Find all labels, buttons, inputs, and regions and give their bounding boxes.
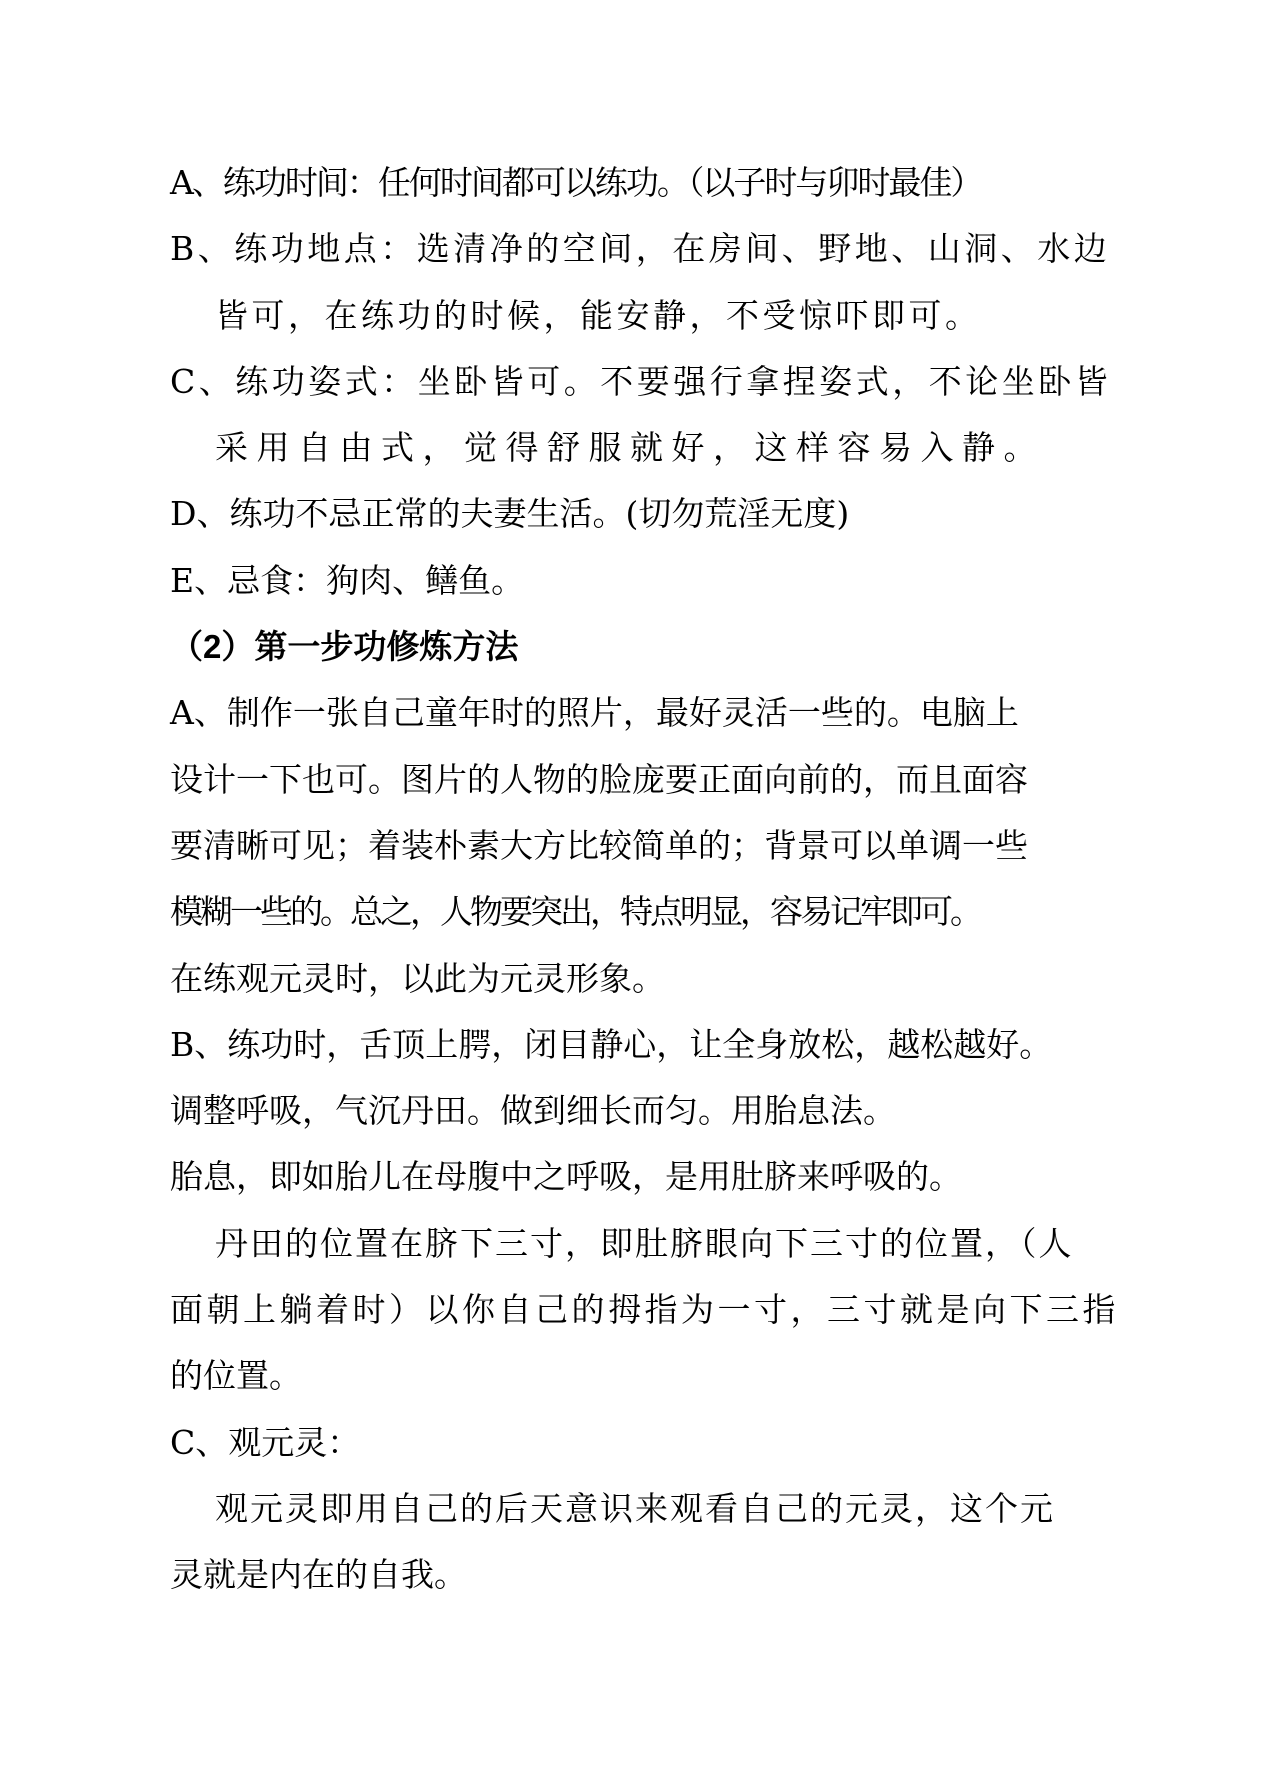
step-c-heading: C、观元灵：	[170, 1410, 1128, 1476]
paragraph-step-b-line-1: B、练功时，舌顶上腭，闭目静心，让全身放松，越松越好。	[170, 1012, 1128, 1078]
list-item-b-line-1: B、练功地点：选清净的空间，在房间、野地、山洞、水边	[170, 216, 1128, 282]
list-item-c-line-2: 采用自由式，觉得舒服就好，这样容易入静。	[170, 415, 1128, 481]
paragraph-taixi: 胎息，即如胎儿在母腹中之呼吸，是用肚脐来呼吸的。	[170, 1144, 1128, 1210]
paragraph-guanyuanling-line-1: 观元灵即用自己的后天意识来观看自己的元灵，这个元	[170, 1476, 1128, 1542]
paragraph-step-b-line-2: 调整呼吸，气沉丹田。做到细长而匀。用胎息法。	[170, 1078, 1128, 1144]
list-item-a: A、练功时间：任何时间都可以练功。（以子时与卯时最佳）	[170, 150, 1128, 216]
paragraph-step-a-line-2: 设计一下也可。图片的人物的脸庞要正面向前的，而且面容	[170, 747, 1128, 813]
list-item-c-line-1: C、练功姿式：坐卧皆可。不要强行拿捏姿式，不论坐卧皆	[170, 349, 1128, 415]
paragraph-dantian-line-2: 面朝上躺着时）以你自己的拇指为一寸，三寸就是向下三指	[170, 1277, 1128, 1343]
paragraph-step-a-line-1: A、制作一张自己童年时的照片，最好灵活一些的。电脑上	[170, 680, 1128, 746]
document-page: A、练功时间：任何时间都可以练功。（以子时与卯时最佳） B、练功地点：选清净的空…	[0, 0, 1266, 1787]
list-item-e: E、忌食：狗肉、鳝鱼。	[170, 548, 1128, 614]
paragraph-step-a-line-5: 在练观元灵时，以此为元灵形象。	[170, 946, 1128, 1012]
document-text: A、练功时间：任何时间都可以练功。（以子时与卯时最佳） B、练功地点：选清净的空…	[170, 150, 1128, 1609]
paragraph-step-a-line-3: 要清晰可见；着装朴素大方比较简单的；背景可以单调一些	[170, 813, 1128, 879]
paragraph-step-a-line-4: 模糊一些的。总之，人物要突出，特点明显，容易记牢即可。	[170, 879, 1128, 945]
paragraph-guanyuanling-line-2: 灵就是内在的自我。	[170, 1542, 1128, 1608]
section-heading: （2）第一步功修炼方法	[170, 614, 1128, 680]
list-item-d: D、练功不忌正常的夫妻生活。(切勿荒淫无度)	[170, 481, 1128, 547]
paragraph-dantian-line-1: 丹田的位置在脐下三寸，即肚脐眼向下三寸的位置，（人	[170, 1211, 1128, 1277]
paragraph-dantian-line-3: 的位置。	[170, 1343, 1128, 1409]
list-item-b-line-2: 皆可，在练功的时候，能安静，不受惊吓即可。	[170, 283, 1128, 349]
